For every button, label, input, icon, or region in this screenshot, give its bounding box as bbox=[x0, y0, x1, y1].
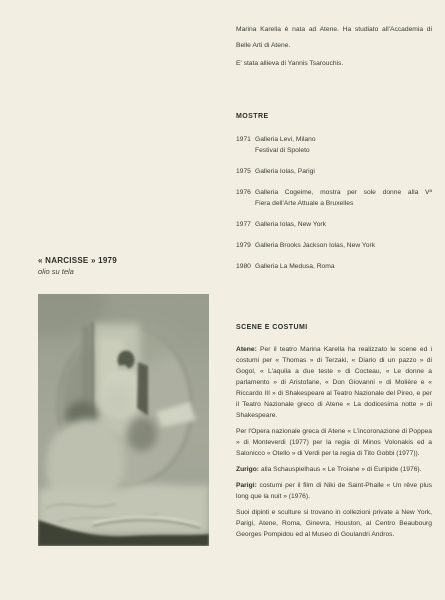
reflected-garment-fold bbox=[101, 385, 135, 419]
catalog-page: « NARCISSE » 1979 olio su tela bbox=[0, 0, 445, 600]
artwork-medium: olio su tela bbox=[38, 266, 218, 277]
exhibition-entry-1975: 1975 Galleria Iolas, Parigi bbox=[236, 166, 432, 177]
bottom-drapery bbox=[38, 484, 209, 534]
doorway-dark-strip bbox=[82, 326, 91, 410]
scene-paragraph-parigi: Parigi: costumi per il film di Niki de S… bbox=[236, 480, 432, 502]
exhibition-line: Galleria Iolas, Parigi bbox=[255, 166, 432, 177]
paragraph-text: Suoi dipinti e sculture si trovano in co… bbox=[236, 509, 432, 538]
bio-paragraph-2: E' stata allieva di Yannis Tsarouchis. bbox=[236, 56, 432, 72]
paragraph-text: Per l'Opera nazionale greca di Atene « L… bbox=[236, 428, 432, 457]
paragraph-text: alla Schauspielhaus « Le Troiane » di Eu… bbox=[261, 466, 422, 473]
exhibitions-section: MOSTRE 1971 Galleria Levi, Milano Festiv… bbox=[236, 112, 432, 282]
exhibitions-heading: MOSTRE bbox=[236, 112, 432, 122]
painting-narcisse bbox=[38, 294, 209, 546]
exhibition-line: Galleria La Medusa, Roma bbox=[255, 261, 432, 272]
scene-paragraph-zurigo: Zurigo: alla Schauspielhaus « Le Troiane… bbox=[236, 464, 432, 475]
exhibition-year: 1976 bbox=[236, 187, 255, 209]
artwork-caption: « NARCISSE » 1979 olio su tela bbox=[38, 256, 218, 277]
artist-bio: Marina Karella è nata ad Atene. Ha studi… bbox=[236, 22, 432, 72]
exhibition-line: Galleria Brooks Jackson Iolas, New York bbox=[255, 240, 432, 251]
artwork-title: « NARCISSE » 1979 bbox=[38, 256, 218, 266]
bio-paragraph-1: Marina Karella è nata ad Atene. Ha studi… bbox=[236, 22, 432, 53]
text-column: Marina Karella è nata ad Atene. Ha studi… bbox=[236, 0, 432, 600]
paragraph-lead: Parigi: bbox=[236, 482, 257, 489]
exhibition-entry-1976: 1976 Galleria Cogeime, mostra per sole d… bbox=[236, 187, 432, 209]
exhibition-line: Festival di Spoleto bbox=[255, 145, 432, 156]
exhibition-year: 1971 bbox=[236, 134, 255, 156]
paragraph-lead: Zurigo: bbox=[236, 466, 259, 473]
paragraph-text: Per il teatro Marina Karella ha realizza… bbox=[236, 346, 432, 419]
scene-costumi-heading: SCENE E COSTUMI bbox=[236, 323, 432, 333]
paragraph-lead: Atene: bbox=[236, 346, 257, 353]
exhibition-year: 1975 bbox=[236, 166, 255, 177]
exhibition-line: Galleria Iolas, New York bbox=[255, 219, 432, 230]
exhibition-year: 1977 bbox=[236, 219, 255, 230]
scene-paragraph-opera: Per l'Opera nazionale greca di Atene « L… bbox=[236, 426, 432, 459]
exhibition-entry-1980: 1980 Galleria La Medusa, Roma bbox=[236, 261, 432, 272]
exhibition-line: Galleria Levi, Milano bbox=[255, 134, 432, 145]
reflected-figure-lower bbox=[127, 417, 157, 451]
scene-paragraph-atene: Atene: Per il teatro Marina Karella ha r… bbox=[236, 344, 432, 421]
paragraph-text: costumi per il film di Niki de Saint-Pha… bbox=[236, 482, 432, 500]
exhibition-entry-1971: 1971 Galleria Levi, Milano Festival di S… bbox=[236, 134, 432, 156]
scene-paragraph-collections: Suoi dipinti e sculture si trovano in co… bbox=[236, 507, 432, 540]
reflected-figure-arm bbox=[137, 362, 148, 416]
exhibition-entry-1977: 1977 Galleria Iolas, New York bbox=[236, 219, 432, 230]
scene-costumi-section: SCENE E COSTUMI Atene: Per il teatro Mar… bbox=[236, 323, 432, 545]
artwork-image-narcisse bbox=[38, 294, 209, 546]
exhibition-line: Galleria Cogeime, mostra per sole donne … bbox=[255, 187, 432, 198]
exhibition-year: 1980 bbox=[236, 261, 255, 272]
exhibition-entry-1979: 1979 Galleria Brooks Jackson Iolas, New … bbox=[236, 240, 432, 251]
exhibition-year: 1979 bbox=[236, 240, 255, 251]
exhibition-line: Fiera dell'Arte Attuale a Bruxelles bbox=[255, 198, 432, 209]
